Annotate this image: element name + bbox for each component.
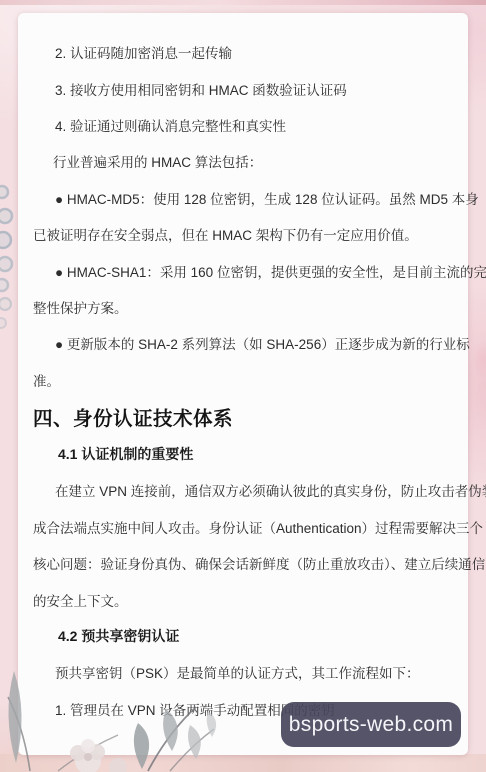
page-top-edge-decoration [0,0,486,5]
leaves-decoration-icon [0,667,230,772]
document-line-heading: 四、身份认证技术体系 [18,398,468,436]
document-line-list-item: 3. 接收方使用相同密钥和 HMAC 函数验证认证码 [18,70,468,106]
flower-blush-decoration [460,334,486,438]
document-line-continuation: 准。 [18,362,468,398]
document-line-paragraph-start: 在建立 VPN 连接前，通信双方必须确认彼此的真实身份，防止攻击者伪装 [18,472,468,508]
document-line-list-item: 2. 认证码随加密消息一起传输 [18,34,468,70]
document-line-continuation: 成合法端点实施中间人攻击。身份认证（Authentication）过程需要解决三… [18,509,468,545]
document-line-continuation: 核心问题：验证身份真伪、确保会话新鲜度（防止重放攻击）、建立后续通信 [18,545,468,581]
document-line-subheading: 4.2 预共享密钥认证 [18,618,468,654]
screenshot-root: { "watermark": { "label": "bsports-web.c… [0,0,486,772]
document-line-bullet: ● HMAC-MD5：使用 128 位密钥，生成 128 位认证码。虽然 MD5… [18,180,468,216]
document-line-continuation: 整性保护方案。 [18,289,468,325]
document-content: 2. 认证码随加密消息一起传输3. 接收方使用相同密钥和 HMAC 函数验证认证… [18,34,468,727]
watermark-badge: bsports-web.com [281,702,461,747]
bead-chain-decoration-icon [0,182,18,342]
document-line-list-item: 4. 验证通过则确认消息完整性和真实性 [18,107,468,143]
document-line-continuation: 的安全上下文。 [18,581,468,617]
document-card: 2. 认证码随加密消息一起传输3. 接收方使用相同密钥和 HMAC 函数验证认证… [18,13,468,755]
document-line-bullet: ● 更新版本的 SHA-2 系列算法（如 SHA-256）正逐步成为新的行业标 [18,325,468,361]
document-line-subheading: 4.1 认证机制的重要性 [18,436,468,472]
document-line-lead: 行业普遍采用的 HMAC 算法包括： [18,143,468,179]
document-line-continuation: 已被证明存在安全弱点，但在 HMAC 架构下仍有一定应用价值。 [18,216,468,252]
document-line-bullet: ● HMAC-SHA1：采用 160 位密钥，提供更强的安全性，是目前主流的完 [18,252,468,288]
